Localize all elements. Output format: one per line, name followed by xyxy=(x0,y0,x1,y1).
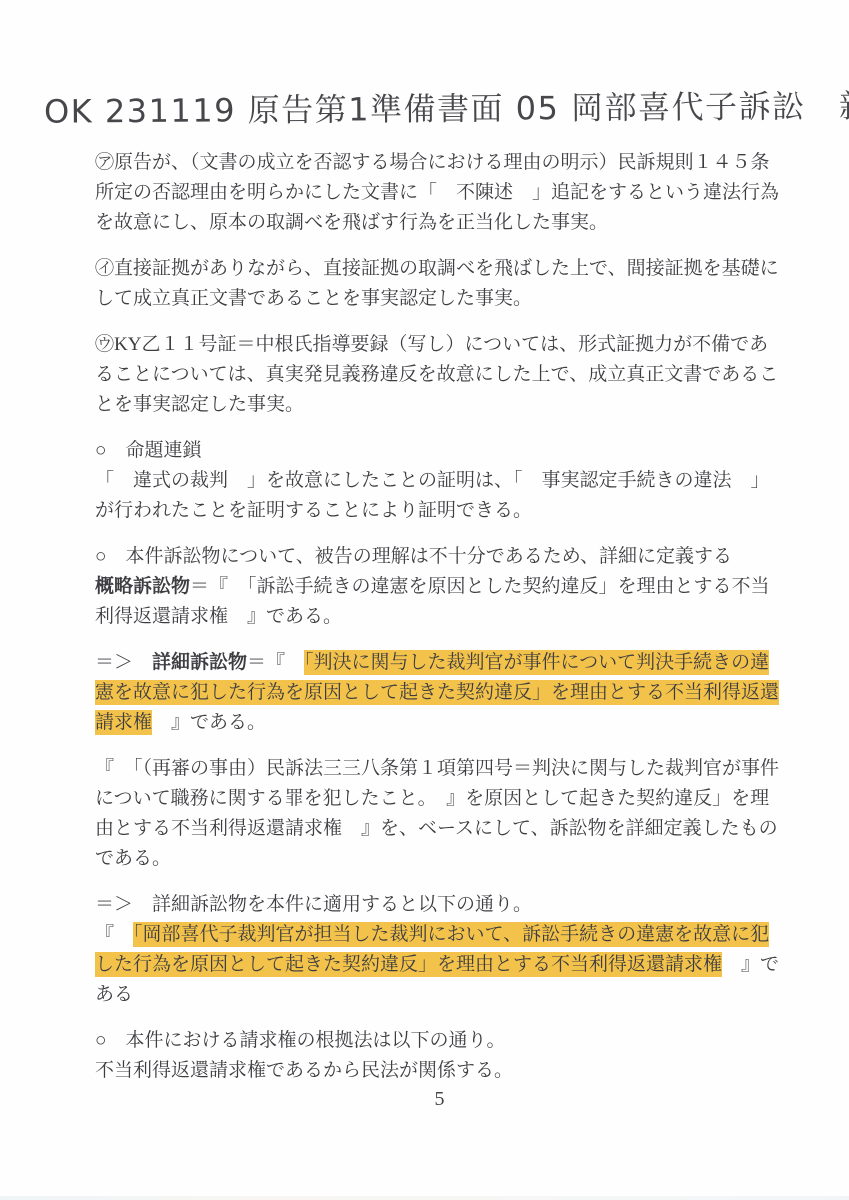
text-run: ㋐原告が、（文書の成立を否認する場合における理由の明示）民訴規則１４５条所定の否… xyxy=(95,152,779,233)
page-number: 5 xyxy=(0,1088,849,1111)
paragraph: ＝＞ 詳細訴訟物＝『 「判決に関与した裁判官が事件について判決手続きの違憲を故意… xyxy=(95,648,783,738)
paragraph: ○ 本件における請求権の根拠法は以下の通り。不当利得返還請求権であるから民法が関… xyxy=(95,1026,783,1086)
paragraph: ○ 本件訴訟物について、被告の理解は不十分であるため、詳細に定義する概略訴訟物＝… xyxy=(95,542,783,632)
text-run: 「 違式の裁判 」を故意にしたことの証明は、「 事実認定手続きの違法 」 xyxy=(95,470,770,491)
text-run: ＝＞ 詳細訴訟物を本件に適用すると以下の通り。 xyxy=(95,894,532,915)
document-body: ㋐原告が、（文書の成立を否認する場合における理由の明示）民訴規則１４５条所定の否… xyxy=(95,148,783,1102)
text-run: ＝『 「訴訟手続きの違憲を原因とした契約違反」を理由とする不当利得返還請求権 』… xyxy=(95,576,770,627)
highlighted-text-run: 「岡部喜代子裁判官が担当した裁判において、訴訟手続きの違憲を故意に犯した行為を原… xyxy=(95,922,769,977)
paragraph: ○ 命題連鎖「 違式の裁判 」を故意にしたことの証明は、「 事実認定手続きの違法… xyxy=(95,436,783,526)
scan-edge-artifact xyxy=(0,1196,849,1200)
text-run: ㋑直接証拠がありながら、直接証拠の取調べを飛ばした上で、間接証拠を基礎にして成立… xyxy=(95,258,779,309)
text-run: ＝『 xyxy=(247,652,304,673)
text-run: ㋒KY乙１１号証＝中根氏指導要録（写し）については、形式証拠力が不備であることに… xyxy=(95,334,778,415)
paragraph: ㋐原告が、（文書の成立を否認する場合における理由の明示）民訴規則１４５条所定の否… xyxy=(95,148,783,238)
paragraph: 『 「（再審の事由）民訴法三三八条第１項第四号＝判決に関与した裁判官が事件につい… xyxy=(95,754,783,874)
paragraph: ＝＞ 詳細訴訟物を本件に適用すると以下の通り。『 「岡部喜代子裁判官が担当した裁… xyxy=(95,890,783,1010)
text-run: ○ 命題連鎖 xyxy=(95,440,201,461)
text-run: 概略訴訟物 xyxy=(95,576,190,597)
handwritten-note: OK 231119 原告第1準備書面 05 岡部喜代子訴訟 新城博士裁判官 xyxy=(44,81,804,132)
paragraph: ㋒KY乙１１号証＝中根氏指導要録（写し）については、形式証拠力が不備であることに… xyxy=(95,330,783,420)
text-run: ○ 本件訴訟物について、被告の理解は不十分であるため、詳細に定義する xyxy=(95,546,732,567)
text-run: 詳細訴訟物 xyxy=(152,652,247,673)
document-page: OK 231119 原告第1準備書面 05 岡部喜代子訴訟 新城博士裁判官 ㋐原… xyxy=(0,0,849,1200)
text-run: 『 「（再審の事由）民訴法三三八条第１項第四号＝判決に関与した裁判官が事件につい… xyxy=(95,758,779,869)
text-run: 』である。 xyxy=(152,712,266,733)
text-run: ○ 本件における請求権の根拠法は以下の通り。 xyxy=(95,1030,505,1051)
text-run: 『 xyxy=(95,924,133,945)
text-run: 不当利得返還請求権であるから民法が関係する。 xyxy=(95,1060,513,1081)
text-run: が行われたことを証明することにより証明できる。 xyxy=(95,500,532,521)
text-run: ＝＞ xyxy=(95,652,152,673)
paragraph: ㋑直接証拠がありながら、直接証拠の取調べを飛ばした上で、間接証拠を基礎にして成立… xyxy=(95,254,783,314)
